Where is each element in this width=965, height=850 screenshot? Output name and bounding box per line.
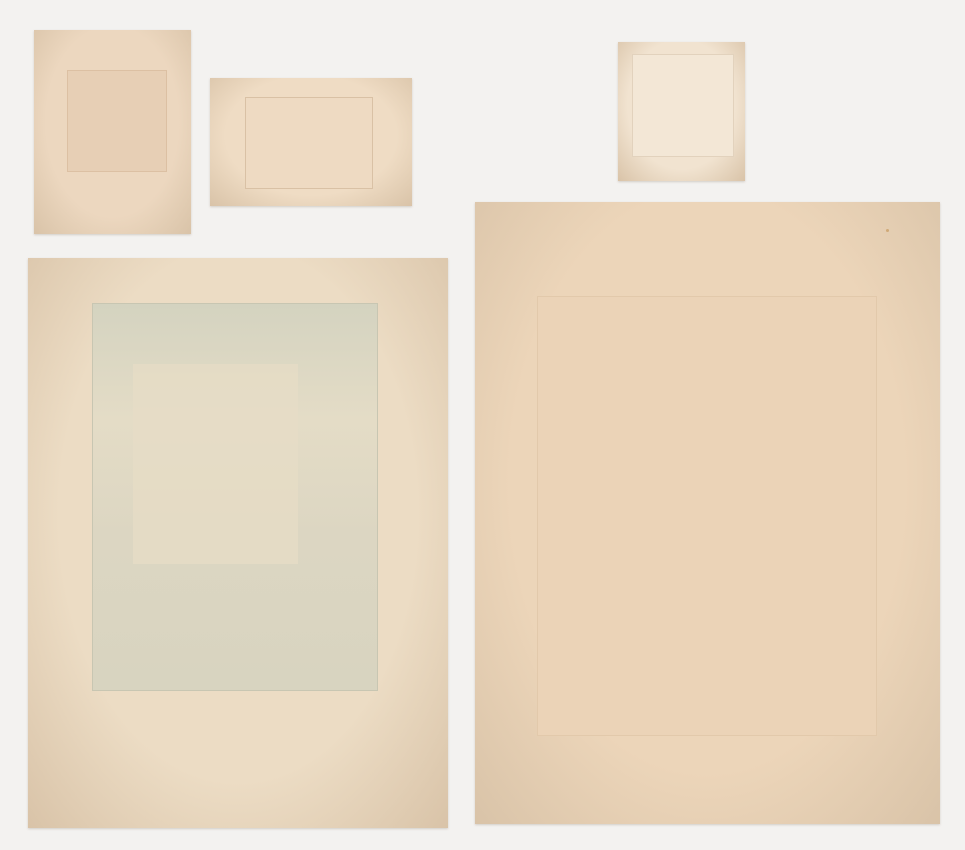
plate-impression bbox=[92, 303, 378, 691]
engraving-window bbox=[133, 364, 298, 564]
plate-impression bbox=[537, 296, 877, 736]
paper-sheet-small-landscape-top-center bbox=[210, 78, 412, 206]
paper-sheet-small-portrait-top-left bbox=[34, 30, 191, 234]
paper-sheet-small-square-top-right bbox=[618, 42, 745, 181]
plate-impression bbox=[67, 70, 167, 172]
plate-impression bbox=[245, 97, 373, 189]
paper-sheet-large-sheet-bottom-right bbox=[475, 202, 940, 824]
plate-impression bbox=[632, 54, 734, 157]
paper-sheet-large-print-bottom-left bbox=[28, 258, 448, 828]
foxing-mark bbox=[886, 229, 889, 232]
